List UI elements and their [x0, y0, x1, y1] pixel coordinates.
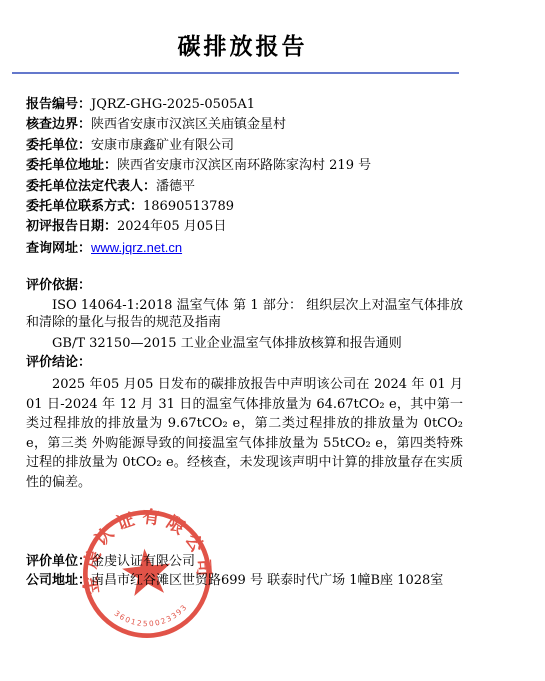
conclusion-paragraph: 2025 年05 月05 日发布的碳排放报告中声明该公司在 2024 年 01 …	[26, 375, 463, 492]
evaluation-conclusion-heading: 评价结论：	[26, 354, 463, 372]
field-label: 委托单位法定代表人：	[26, 179, 156, 194]
field-contact-phone: 委托单位联系方式：18690513789	[26, 197, 371, 217]
field-value: 安康市康鑫矿业有限公司	[91, 138, 234, 153]
field-value: 潘德平	[156, 179, 195, 194]
field-label: 查询网址：	[26, 241, 91, 256]
title-divider	[12, 72, 459, 74]
issuer-org-value: 金虔认证有限公司	[91, 554, 195, 569]
field-report-number: 报告编号：JQRZ-GHG-2025-0505A1	[26, 95, 371, 115]
field-label: 初评报告日期：	[26, 219, 117, 234]
field-client-address: 委托单位地址：陕西省安康市汉滨区南环路陈家沟村 219 号	[26, 156, 371, 176]
issuer-address-value: 南昌市红谷滩区世贸路699 号 联泰时代广场 1幢B座 1028室	[91, 573, 443, 588]
field-client-name: 委托单位：安康市康鑫矿业有限公司	[26, 136, 371, 156]
basis-item-gbt: GB/T 32150—2015 工业企业温室气体排放核算和报告通则	[26, 335, 463, 352]
evaluation-conclusion-section: 评价结论： 2025 年05 月05 日发布的碳排放报告中声明该公司在 2024…	[26, 354, 463, 492]
field-label: 核查边界：	[26, 117, 91, 132]
report-page: 碳排放报告 报告编号：JQRZ-GHG-2025-0505A1 核查边界：陕西省…	[0, 0, 545, 681]
field-query-website: 查询网址：www.jqrz.net.cn	[26, 238, 371, 258]
field-legal-representative: 委托单位法定代表人：潘德平	[26, 177, 371, 197]
field-value: 18690513789	[143, 199, 234, 214]
field-initial-report-date: 初评报告日期：2024年05 月05日	[26, 217, 371, 237]
seal-serial-number: 3601250023393	[112, 601, 191, 632]
field-value: JQRZ-GHG-2025-0505A1	[91, 97, 255, 112]
info-fields: 报告编号：JQRZ-GHG-2025-0505A1 核查边界：陕西省安康市汉滨区…	[26, 95, 371, 258]
basis-item-iso: ISO 14064-1:2018 温室气体 第 1 部分： 组织层次上对温室气体…	[26, 297, 463, 331]
issuer-org-row: 评价单位：金虔认证有限公司	[26, 553, 443, 572]
evaluation-basis-heading: 评价依据：	[26, 277, 463, 295]
field-value: 2024年05 月05日	[117, 219, 226, 234]
field-label: 委托单位地址：	[26, 158, 117, 173]
evaluation-basis-section: 评价依据： ISO 14064-1:2018 温室气体 第 1 部分： 组织层次…	[26, 277, 463, 356]
field-label: 委托单位：	[26, 138, 91, 153]
issuer-address-label: 公司地址：	[26, 573, 91, 588]
field-value: 陕西省安康市汉滨区南环路陈家沟村 219 号	[117, 158, 371, 173]
field-value: 陕西省安康市汉滨区关庙镇金星村	[91, 117, 286, 132]
website-link[interactable]: www.jqrz.net.cn	[91, 240, 182, 255]
field-label: 报告编号：	[26, 97, 91, 112]
issuer-block: 评价单位：金虔认证有限公司 公司地址：南昌市红谷滩区世贸路699 号 联泰时代广…	[26, 553, 443, 590]
field-label: 委托单位联系方式：	[26, 199, 143, 214]
issuer-address-row: 公司地址：南昌市红谷滩区世贸路699 号 联泰时代广场 1幢B座 1028室	[26, 572, 443, 591]
issuer-org-label: 评价单位：	[26, 554, 91, 569]
field-verification-boundary: 核查边界：陕西省安康市汉滨区关庙镇金星村	[26, 115, 371, 135]
page-title: 碳排放报告	[25, 28, 460, 61]
